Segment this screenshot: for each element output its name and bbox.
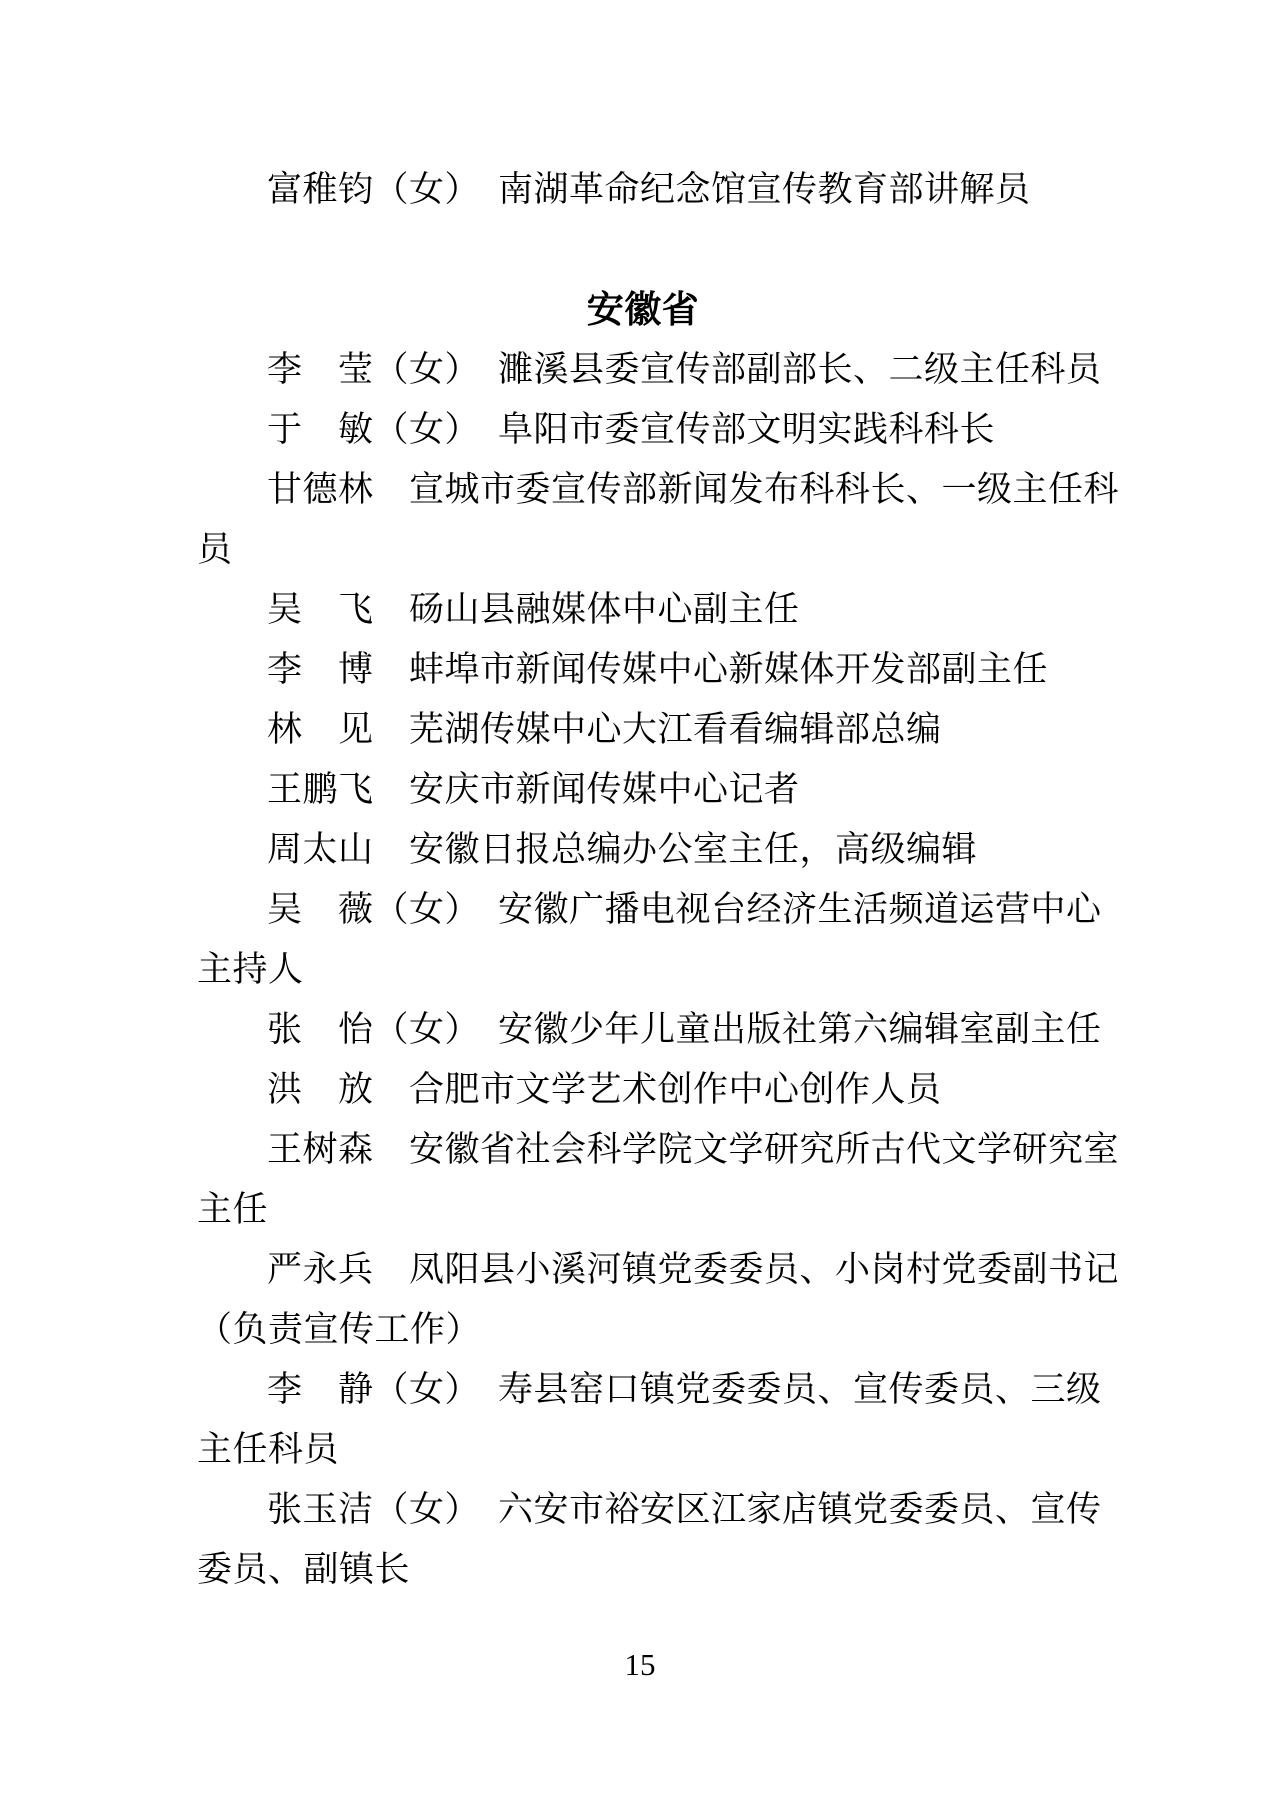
entry-line: 洪 放 合肥市文学艺术创作中心创作人员 <box>197 1060 1089 1120</box>
entry-line: 李 博 蚌埠市新闻传媒中心新媒体开发部副主任 <box>197 640 1089 700</box>
entry-line: 王鹏飞 安庆市新闻传媒中心记者 <box>197 760 1089 820</box>
entry-line: 周太山 安徽日报总编办公室主任，高级编辑 <box>197 820 1089 880</box>
page-number: 15 <box>0 1645 1280 1685</box>
entry-wrap-line: 主任科员 <box>197 1420 1089 1480</box>
entry-line: 张 怡（女） 安徽少年儿童出版社第六编辑室副主任 <box>197 1000 1089 1060</box>
entry-line: 甘德林 宣城市委宣传部新闻发布科科长、一级主任科 <box>197 460 1089 520</box>
entry-wrap-line: 主任 <box>197 1180 1089 1240</box>
entry-wrap-line: 主持人 <box>197 940 1089 1000</box>
section-heading: 安徽省 <box>197 280 1089 340</box>
entry-line: 富稚钧（女） 南湖革命纪念馆宣传教育部讲解员 <box>197 160 1089 220</box>
entry-line: 李 静（女） 寿县窑口镇党委委员、宣传委员、三级 <box>197 1360 1089 1420</box>
entry-line: 李 莹（女） 濉溪县委宣传部副部长、二级主任科员 <box>197 340 1089 400</box>
entry-line: 于 敏（女） 阜阳市委宣传部文明实践科科长 <box>197 400 1089 460</box>
entry-line: 林 见 芜湖传媒中心大江看看编辑部总编 <box>197 700 1089 760</box>
entry-line: 吴 飞 砀山县融媒体中心副主任 <box>197 580 1089 640</box>
document-page: 富稚钧（女） 南湖革命纪念馆宣传教育部讲解员 安徽省 李 莹（女） 濉溪县委宣传… <box>0 0 1280 1809</box>
entry-wrap-line: （负责宣传工作） <box>197 1300 1089 1360</box>
entry-line: 吴 薇（女） 安徽广播电视台经济生活频道运营中心 <box>197 880 1089 940</box>
entry-line: 张玉洁（女） 六安市裕安区江家店镇党委委员、宣传 <box>197 1480 1089 1540</box>
entry-wrap-line: 委员、副镇长 <box>197 1540 1089 1600</box>
entry-line: 严永兵 凤阳县小溪河镇党委委员、小岗村党委副书记 <box>197 1240 1089 1300</box>
entry-wrap-line: 员 <box>197 520 1089 580</box>
entry-line: 王树森 安徽省社会科学院文学研究所古代文学研究室 <box>197 1120 1089 1180</box>
blank-line <box>197 220 1089 280</box>
document-body: 富稚钧（女） 南湖革命纪念馆宣传教育部讲解员 安徽省 李 莹（女） 濉溪县委宣传… <box>197 160 1089 1600</box>
